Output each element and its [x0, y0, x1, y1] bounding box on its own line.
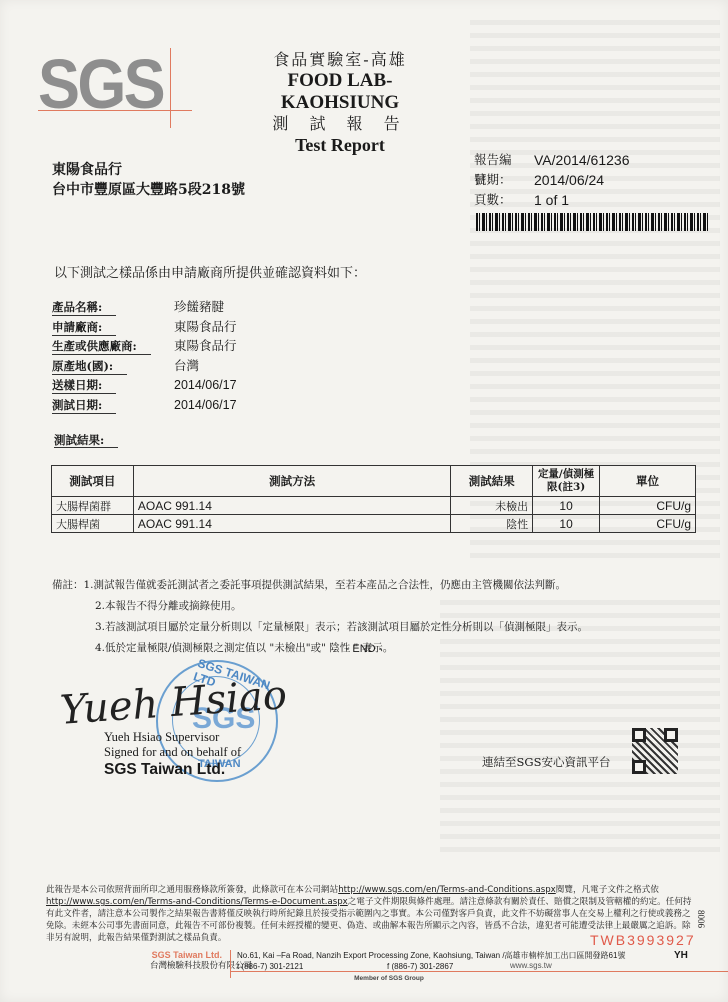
- note-3: 3.若該測試項目屬於定量分析則以「定量極限」表示；若該測試項目屬於定性分析則以「…: [52, 617, 588, 638]
- report-title-cn: 測 試 報 告: [240, 114, 440, 134]
- report-number-label: 報告編號：: [474, 150, 534, 170]
- cell-unit: CFU/g: [600, 515, 696, 533]
- field-value: 東陽食品行: [174, 318, 237, 338]
- client-name: 東陽食品行: [52, 160, 245, 180]
- cell-item: 大腸桿菌群: [52, 497, 134, 515]
- footer-divider: [230, 950, 231, 978]
- report-number-value: VA/2014/61236: [534, 150, 630, 170]
- report-title-en: Test Report: [240, 134, 440, 156]
- qr-link-text: 連結至SGS安心資訊平台: [482, 754, 610, 770]
- col-header-item: 測試項目: [52, 466, 134, 497]
- field-label: 送樣日期:: [52, 378, 116, 394]
- field-label: 產品名稱:: [52, 300, 116, 316]
- report-date-value: 2014/06/24: [534, 170, 604, 190]
- field-label: 測試日期:: [52, 398, 116, 414]
- footer-company-cn: 台灣檢驗科技股份有限公司: [150, 961, 222, 972]
- field-test-date: 測試日期: 2014/06/17: [52, 396, 237, 416]
- field-origin: 原產地(國): 台灣: [52, 357, 237, 377]
- footer-fax: f (886-7) 301-2867: [387, 962, 453, 971]
- col-header-result: 測試結果: [451, 466, 533, 497]
- field-value: 珍饈豬腱: [174, 298, 224, 318]
- field-value: 台灣: [174, 357, 199, 377]
- cell-method: AOAC 991.14: [133, 515, 450, 533]
- serial-number: TWB3993927: [590, 932, 696, 948]
- qr-code-icon[interactable]: [632, 728, 678, 774]
- field-manufacturer: 生產或供應廠商: 東陽食品行: [52, 337, 237, 357]
- field-label: 申請廠商:: [52, 320, 116, 336]
- signatory-name: Yueh Hsiao Supervisor: [104, 730, 241, 745]
- table-row: 大腸桿菌群 AOAC 991.14 未檢出 10 CFU/g: [52, 497, 696, 515]
- end-mark: - END -: [0, 643, 728, 655]
- report-date-label: 日期：: [474, 170, 534, 190]
- sgs-logo: SGS: [38, 48, 193, 120]
- terms-link[interactable]: http://www.sgs.com/en/Terms-and-Conditio…: [338, 885, 556, 895]
- side-code: 8006: [696, 910, 706, 928]
- signatory-company: SGS Taiwan Ltd.: [104, 760, 241, 780]
- col-header-method: 測試方法: [133, 466, 450, 497]
- report-header: 食品實驗室-高雄 FOOD LAB-KAOHSIUNG 測 試 報 告 Test…: [240, 50, 440, 156]
- report-info: 報告編號： VA/2014/61236 日期： 2014/06/24 頁數： 1…: [474, 150, 630, 210]
- cell-unit: CFU/g: [600, 497, 696, 515]
- note-2: 2.本報告不得分離或摘錄使用。: [52, 596, 588, 617]
- field-received-date: 送樣日期: 2014/06/17: [52, 376, 237, 396]
- logo-rule: [38, 110, 192, 111]
- field-label: 生產或供應廠商:: [52, 339, 151, 355]
- client-address: 台中市豐原區大豐路5段218號: [52, 180, 245, 200]
- field-applicant: 申請廠商: 東陽食品行: [52, 318, 237, 338]
- footer-rule: [230, 971, 728, 972]
- cell-method: AOAC 991.14: [133, 497, 450, 515]
- cell-result: 未檢出: [451, 497, 533, 515]
- report-date-row: 日期： 2014/06/24: [474, 170, 630, 190]
- results-title: 測試結果:: [54, 432, 118, 448]
- field-value: 2014/06/17: [174, 396, 237, 416]
- cell-limit: 10: [533, 515, 600, 533]
- footer-address: No.61, Kai –Fa Road, Nanzih Export Proce…: [237, 950, 625, 961]
- page-count-label: 頁數：: [474, 190, 534, 210]
- results-table: 測試項目 測試方法 測試結果 定量/偵測極限(註3) 單位 大腸桿菌群 AOAC…: [51, 465, 696, 533]
- footer-company: SGS Taiwan Ltd. 台灣檢驗科技股份有限公司: [150, 950, 222, 972]
- footer-member: Member of SGS Group: [0, 975, 728, 982]
- cell-item: 大腸桿菌: [52, 515, 134, 533]
- sample-intro: 以下測試之樣品係由申請廠商所提供並確認資料如下：: [54, 262, 366, 281]
- page-count-row: 頁數： 1 of 1: [474, 190, 630, 210]
- footer-website-link[interactable]: www.sgs.tw: [510, 961, 552, 970]
- footer-company-en: SGS Taiwan Ltd.: [150, 950, 222, 961]
- field-product-name: 產品名稱: 珍饈豬腱: [52, 298, 237, 318]
- barcode: [476, 213, 708, 231]
- table-header-row: 測試項目 測試方法 測試結果 定量/偵測極限(註3) 單位: [52, 466, 696, 497]
- results-title-text: 測試結果:: [54, 433, 118, 448]
- page-count-value: 1 of 1: [534, 190, 569, 210]
- initials: YH: [674, 950, 688, 961]
- footer-contact: No.61, Kai –Fa Road, Nanzih Export Proce…: [237, 950, 625, 972]
- logo-rule: [170, 48, 171, 128]
- col-header-limit: 定量/偵測極限(註3): [533, 466, 600, 497]
- cell-result: 陰性: [451, 515, 533, 533]
- signed-for-text: Signed for and on behalf of: [104, 745, 241, 760]
- e-document-terms-link[interactable]: http://www.sgs.com/en/Terms-and-Conditio…: [46, 897, 348, 907]
- lab-name-cn: 食品實驗室-高雄: [240, 50, 440, 70]
- field-value: 2014/06/17: [174, 376, 237, 396]
- col-header-unit: 單位: [600, 466, 696, 497]
- cell-limit: 10: [533, 497, 600, 515]
- table-row: 大腸桿菌 AOAC 991.14 陰性 10 CFU/g: [52, 515, 696, 533]
- sample-fields: 產品名稱: 珍饈豬腱 申請廠商: 東陽食品行 生產或供應廠商: 東陽食品行 原產…: [52, 298, 237, 415]
- client-block: 東陽食品行 台中市豐原區大豐路5段218號: [52, 160, 245, 200]
- report-number-row: 報告編號： VA/2014/61236: [474, 150, 630, 170]
- disclaimer-text: 此報告是本公司依照背面所印之通用服務條款所簽發，此條款可在本公司網站: [46, 885, 338, 895]
- note-1: 備註：1.測試報告僅就委託測試者之委託事項提供測試結果，至若本產品之合法性，仍應…: [52, 575, 588, 596]
- lab-name-en: FOOD LAB-KAOHSIUNG: [240, 70, 440, 114]
- disclaimer-text: 閱覽，凡電子文件之格式依: [556, 885, 659, 895]
- field-value: 東陽食品行: [174, 337, 237, 357]
- field-label: 原產地(國):: [52, 359, 127, 375]
